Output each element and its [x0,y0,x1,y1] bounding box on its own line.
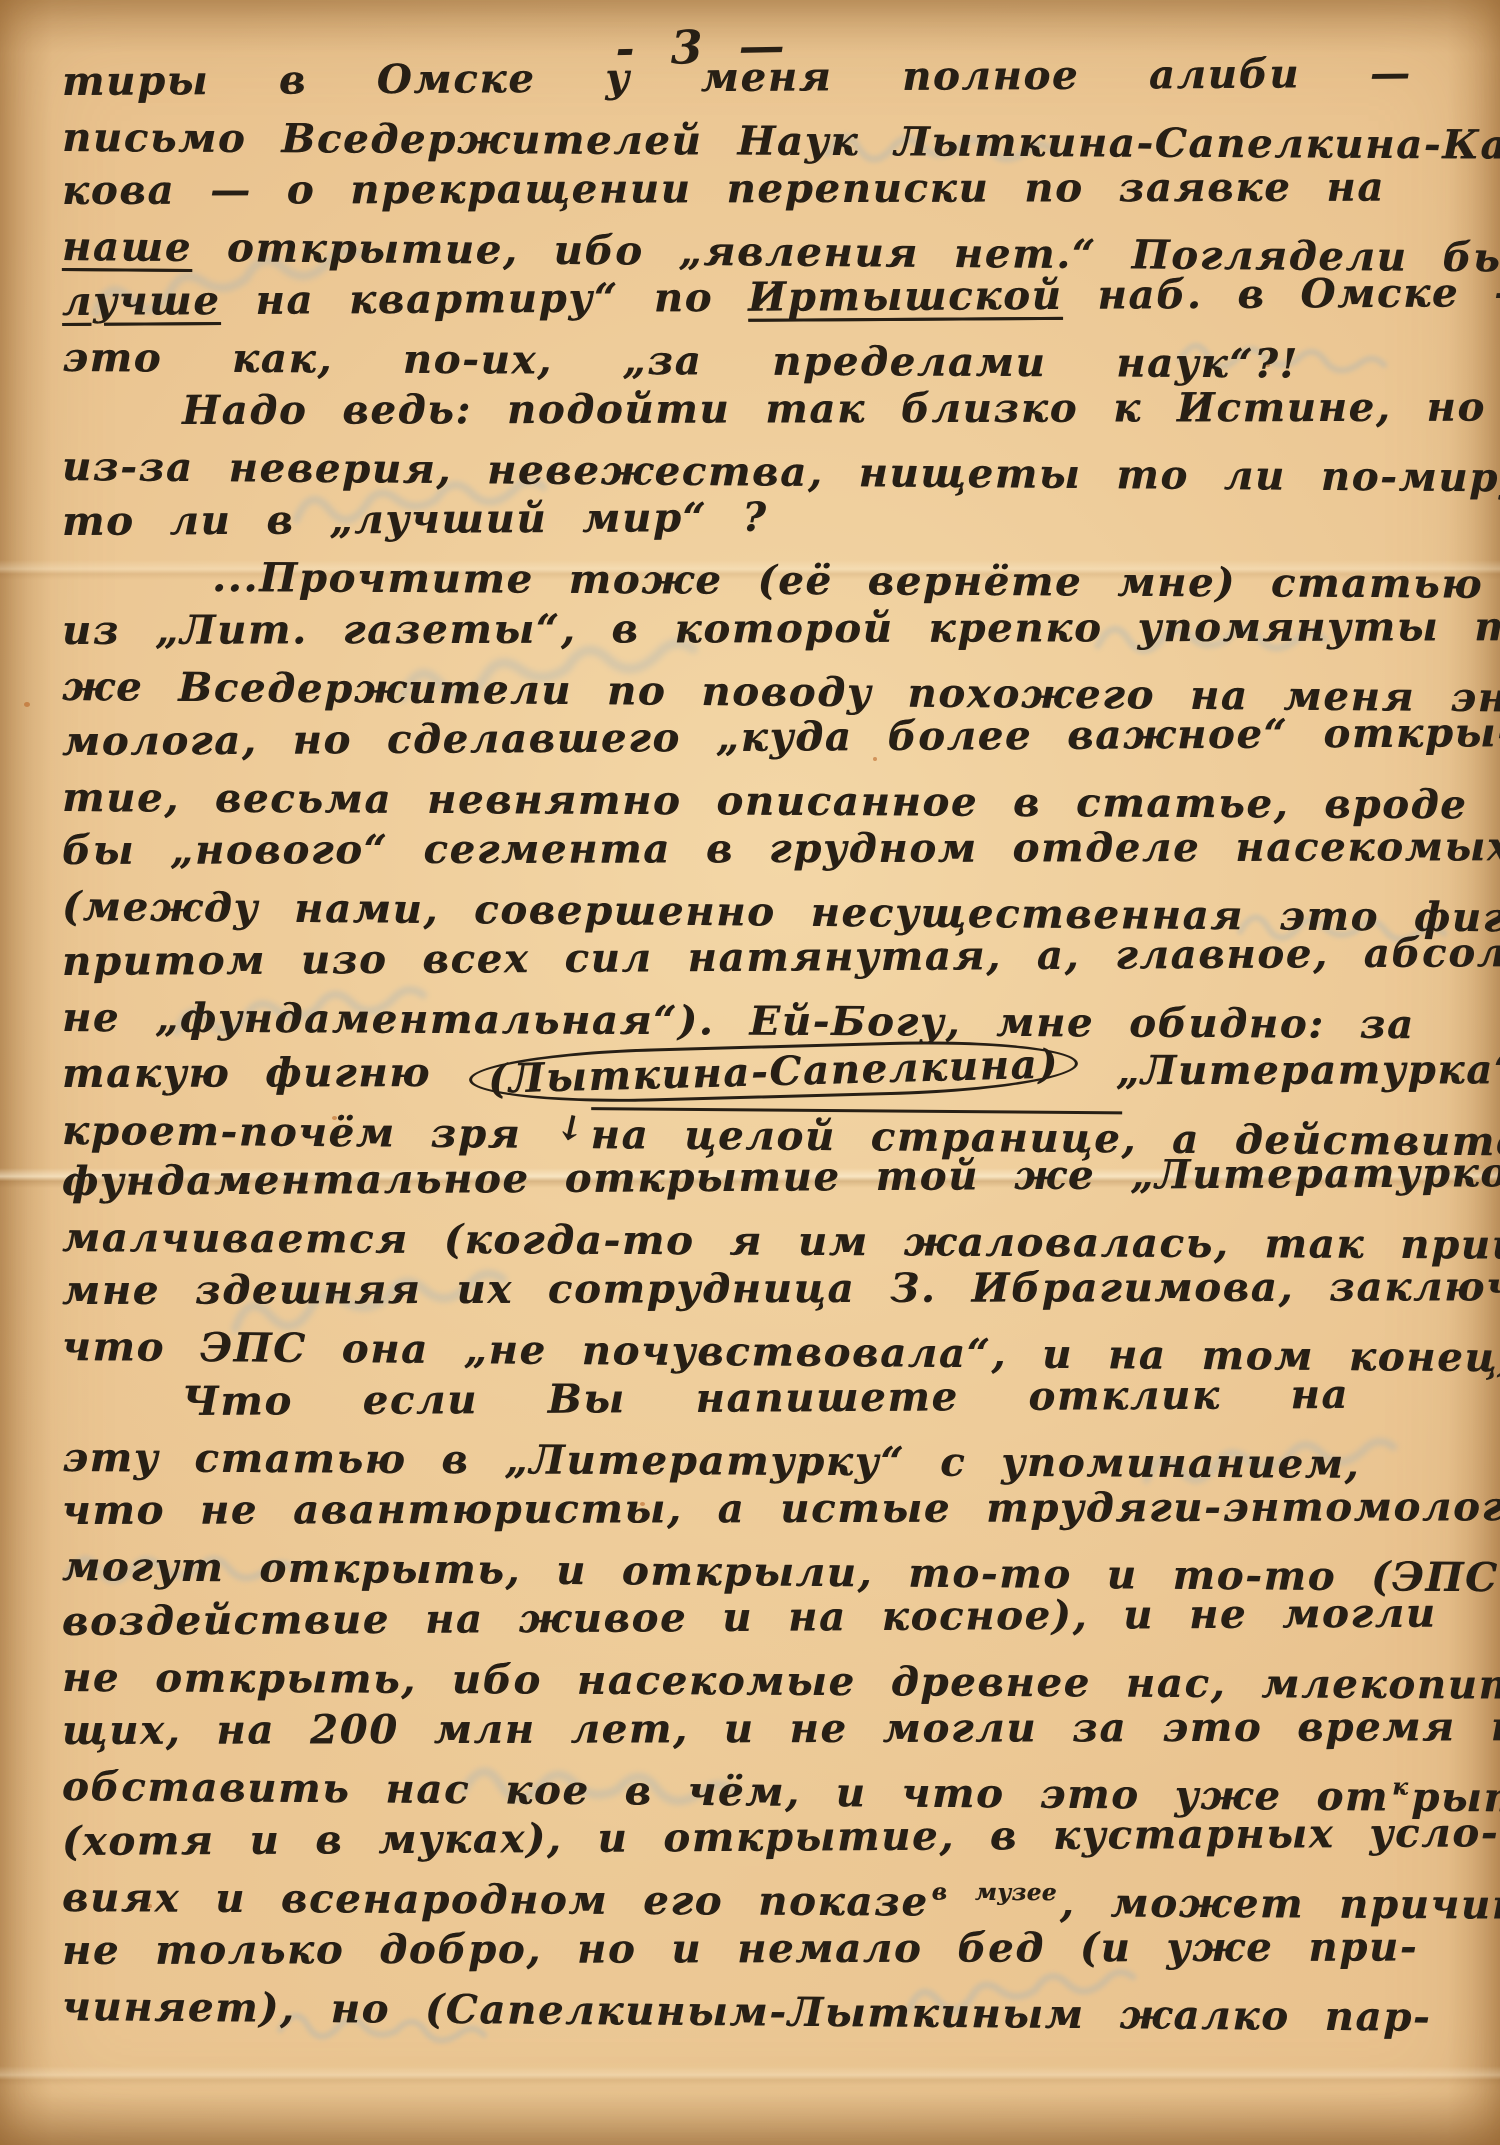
text-segment: кова — о прекращении переписки по заявке… [62,164,1385,214]
circled-name-annotation: (Лыткина-Сапелкина) [468,1037,1078,1106]
text-segment: тие, весьма невнятно описанное в статье,… [62,774,1468,828]
text-segment: что не авантюристы, а истые трудяги-энто… [62,1483,1500,1534]
inserted-word-annotation: в музее [932,1879,1057,1907]
text-segment: бы „нового“ сегмента в грудном отделе на… [62,823,1500,874]
handwriting-line: воздействие на живое и на косное), и не … [62,1589,1474,1653]
text-segment: щих, на 200 млн лет, и не могли за это в… [62,1703,1500,1754]
handwriting-line: кова — о прекращении переписки по заявке… [62,163,1474,222]
handwriting-line: из „Лит. газеты“, в которой крепко упомя… [62,603,1474,662]
text-segment: Что если Вы напишете отклик на [182,1371,1349,1425]
handwriting-line: тиры в Омске у меня полное алиби — [62,49,1474,113]
scanned-letter-page: - 3 — тиры в Омске у меня полное алиби —… [0,0,1500,2145]
handwriting-line: молога, но сделавшего „куда более важное… [62,709,1474,773]
text-segment: (хотя и в муках), и открытие, в кустарны… [62,1809,1499,1865]
text-segment: наше [62,223,192,271]
handwriting-line: бы „нового“ сегмента в грудном отделе на… [62,823,1474,882]
handwriting-line: лучше на квартиру“ по Иртышской наб. в О… [62,269,1474,333]
text-segment: Иртышской [748,272,1063,321]
inserted-word-annotation: к [1392,1773,1408,1800]
handwriting-line: Надо ведь: подойти так близко к Истине, … [182,384,1474,442]
text-segment: чиняет), но (Сапелкиным-Лыткиным жалко п… [62,1983,1432,2041]
text-segment: виях и всенародном его показе [62,1874,929,1926]
text-segment: воздействие на живое и на косное), и не … [62,1590,1437,1645]
insertion-arrow-mark: ↓ [552,1106,590,1152]
text-segment: из „Лит. газеты“, в которой крепко упомя… [62,603,1500,654]
handwriting-line: мне здешняя их сотрудница З. Ибрагимова,… [62,1263,1474,1322]
handwriting-line: такую фигню (Лыткина-Сапелкина) „Литерат… [62,1043,1474,1102]
text-segment: , может причинить [1060,1879,1500,1929]
text-segment: малчивается (когда-то я им жаловалась, т… [62,1214,1500,1270]
text-segment: наб. в Омске — [1062,269,1500,319]
text-segment: ...Прочтите тоже (её вернёте мне) статью [212,554,1483,608]
text-segment: кроет-почём зря [62,1107,557,1158]
handwriting-line: притом изо всех сил натянутая, а, главно… [62,929,1474,993]
handwriting-line: (хотя и в муках), и открытие, в кустарны… [62,1809,1474,1873]
text-segment: это как, по-их, „за пределами наук“?! [62,334,1299,387]
text-segment: притом изо всех сил натянутая, а, главно… [62,928,1500,985]
text-segment: Надо ведь: подойти так близко к Истине, … [182,384,1486,434]
text-segment: письмо Вседержителей Наук Лыткина-Сапелк… [62,114,1500,169]
handwriting-line: не только добро, но и немало бед (и уже … [62,1923,1474,1982]
handwriting-line: щих, на 200 млн лет, и не могли за это в… [62,1703,1474,1762]
text-segment: фундаментальное открытие той же „Литерат… [62,1148,1500,1205]
text-segment: тиры в Омске у меня полное алиби — [62,50,1412,105]
text-segment: такую фигню [62,1049,466,1097]
text-segment: мне здешняя их сотрудница З. Ибрагимова,… [62,1263,1500,1314]
handwriting-line: что не авантюристы, а истые трудяги-энто… [62,1483,1474,1542]
handwriting-line: фундаментальное открытие той же „Литерат… [62,1149,1474,1213]
paper-fleck [24,702,30,707]
text-segment: не открыть, ибо насекомые древнее нас, м… [62,1654,1500,1709]
text-segment: не „фундаментальная“). Ей-Богу, мне обид… [62,994,1415,1048]
handwriting-line: Что если Вы напишете отклик на [182,1370,1474,1433]
handwritten-text-block: тиры в Омске у меня полное алиби —письмо… [62,58,1474,2038]
handwriting-line: то ли в „лучший мир“ ? [62,489,1474,553]
text-segment: не только добро, но и немало бед (и уже … [62,1923,1418,1974]
text-segment: лучше [62,277,221,325]
text-segment: эту статью в „Литературку“ с упоминанием… [62,1434,1361,1488]
text-segment: „Литературка“ [1081,1046,1500,1094]
text-segment: на квартиру“ по [220,274,748,324]
text-segment: то ли в „лучший мир“ ? [62,494,768,545]
text-segment: молога, но сделавшего „куда более важное… [62,709,1500,765]
handwriting-line: чиняет), но (Сапелкиным-Лыткиным жалко п… [62,1983,1474,2049]
